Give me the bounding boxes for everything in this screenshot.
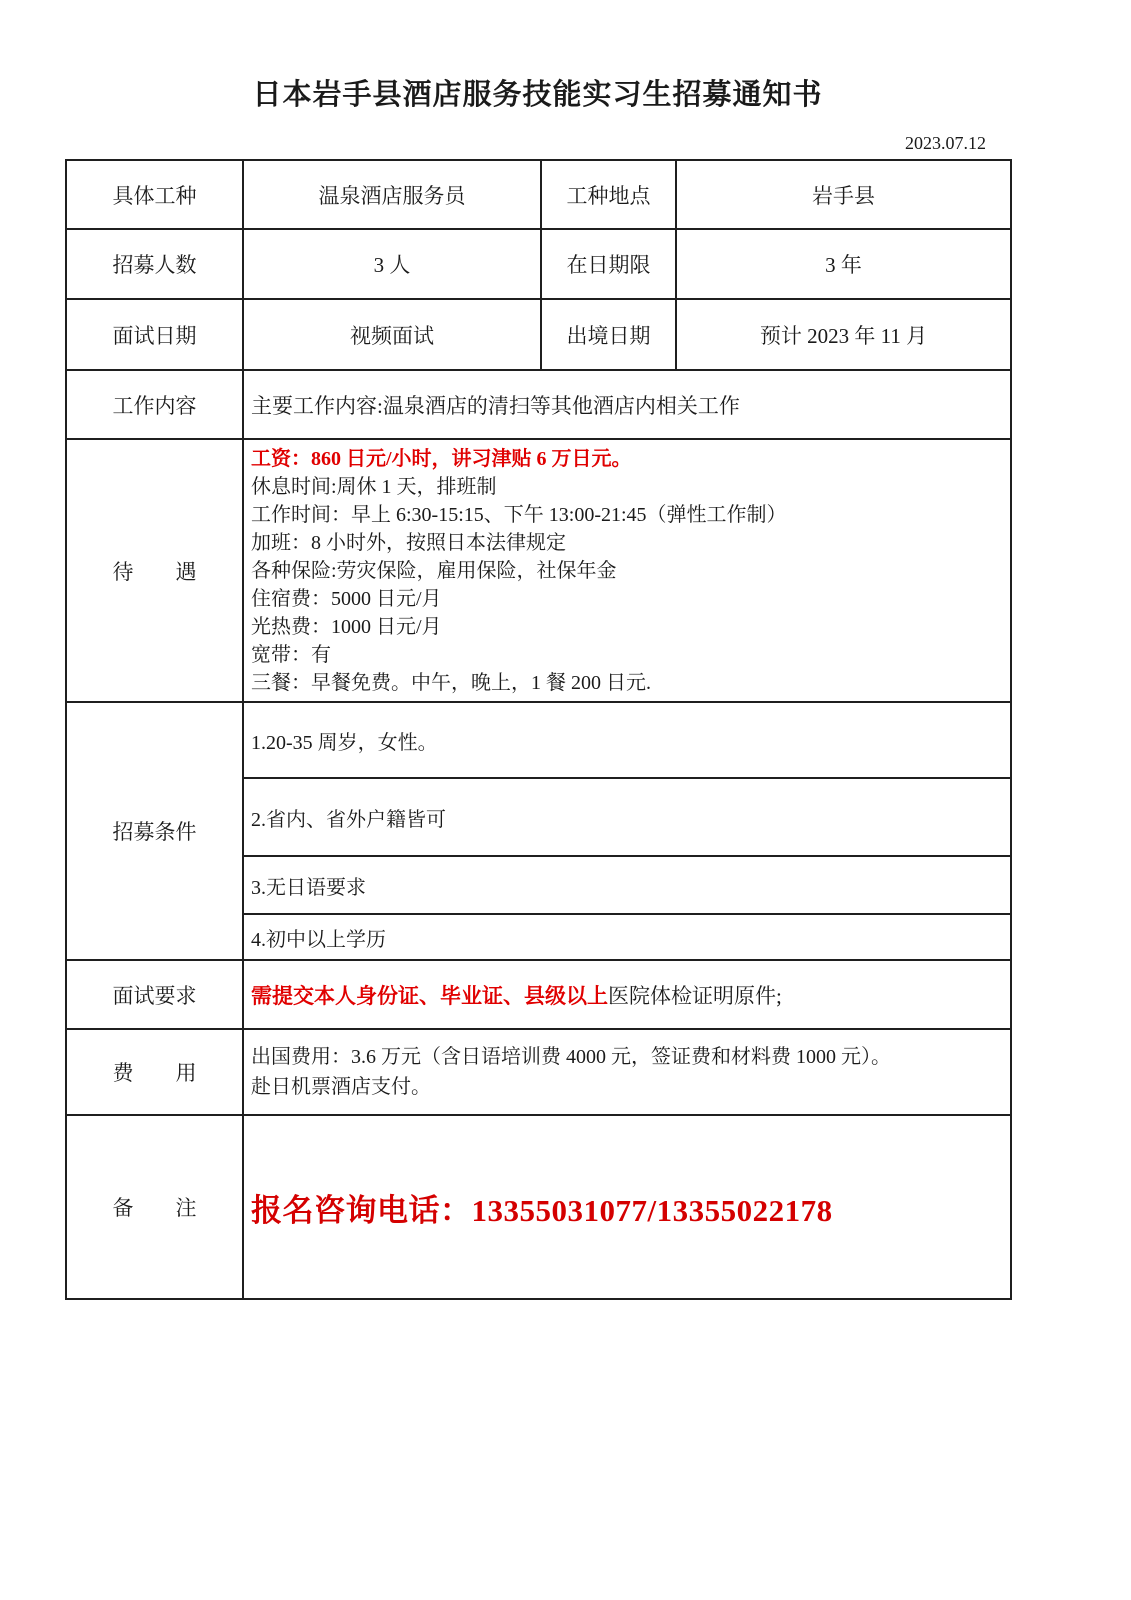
treatment-line: 工作时间：早上 6:30-15:15、下午 13:00-21:45（弹性工作制）	[251, 501, 1004, 529]
label-remarks: 备 注	[66, 1115, 243, 1299]
remarks-phone: 报名咨询电话：13355031077/13355022178	[251, 1185, 1004, 1230]
treatment-line: 各种保险:劳灾保险，雇用保险，社保年金	[251, 557, 1004, 585]
label-recruit-count: 招募人数	[66, 229, 243, 299]
label-stay-period: 在日期限	[541, 229, 676, 299]
treatment-cell: 工资：860 日元/小时，讲习津贴 6 万日元。 休息时间:周休 1 天，排班制…	[243, 439, 1011, 702]
document-content: 日本岩手县酒店服务技能实习生招募通知书 2023.07.12 具体工种 温泉酒店…	[65, 0, 1010, 1300]
value-stay-period: 3 年	[676, 229, 1011, 299]
document-page: 日本岩手县酒店服务技能实习生招募通知书 2023.07.12 具体工种 温泉酒店…	[0, 0, 1131, 1600]
page-title: 日本岩手县酒店服务技能实习生招募通知书	[65, 0, 1010, 113]
treatment-lines: 工资：860 日元/小时，讲习津贴 6 万日元。 休息时间:周休 1 天，排班制…	[251, 442, 1004, 699]
document-date: 2023.07.12	[65, 133, 1010, 154]
value-job-type: 温泉酒店服务员	[243, 160, 541, 229]
table-row: 招募人数 3 人 在日期限 3 年	[66, 229, 1011, 299]
label-fees: 费 用	[66, 1029, 243, 1115]
table-row: 具体工种 温泉酒店服务员 工种地点 岩手县	[66, 160, 1011, 229]
requirement-item: 3.无日语要求	[243, 856, 1011, 914]
fees-cell: 出国费用：3.6 万元（含日语培训费 4000 元，签证费和材料费 1000 元…	[243, 1029, 1011, 1115]
fees-line-1: 出国费用：3.6 万元（含日语培训费 4000 元，签证费和材料费 1000 元…	[251, 1042, 1004, 1072]
table-row: 工作内容 主要工作内容:温泉酒店的清扫等其他酒店内相关工作	[66, 370, 1011, 439]
interview-requirements-highlight: 需提交本人身份证、毕业证、县级以上	[251, 984, 608, 1008]
remarks-cell: 报名咨询电话：13355031077/13355022178	[243, 1115, 1011, 1299]
value-departure-date: 预计 2023 年 11 月	[676, 299, 1011, 370]
label-job-content: 工作内容	[66, 370, 243, 439]
label-departure-date: 出境日期	[541, 299, 676, 370]
requirement-item: 2.省内、省外户籍皆可	[243, 778, 1011, 856]
treatment-line: 休息时间:周休 1 天，排班制	[251, 473, 1004, 501]
requirement-item: 4.初中以上学历	[243, 914, 1011, 960]
treatment-line: 光热费：1000 日元/月	[251, 613, 1004, 641]
interview-requirements-rest: 医院体检证明原件;	[608, 984, 782, 1008]
label-job-type: 具体工种	[66, 160, 243, 229]
value-interview-date: 视频面试	[243, 299, 541, 370]
table-row: 待 遇 工资：860 日元/小时，讲习津贴 6 万日元。 休息时间:周休 1 天…	[66, 439, 1011, 702]
label-interview-requirements: 面试要求	[66, 960, 243, 1029]
treatment-line: 宽带：有	[251, 641, 1004, 669]
label-interview-date: 面试日期	[66, 299, 243, 370]
treatment-line: 住宿费：5000 日元/月	[251, 585, 1004, 613]
value-job-content: 主要工作内容:温泉酒店的清扫等其他酒店内相关工作	[243, 370, 1011, 439]
treatment-line: 加班：8 小时外，按照日本法律规定	[251, 529, 1004, 557]
table-row: 面试日期 视频面试 出境日期 预计 2023 年 11 月	[66, 299, 1011, 370]
fees-line-2: 赴日机票酒店支付。	[251, 1072, 1004, 1102]
table-row: 费 用 出国费用：3.6 万元（含日语培训费 4000 元，签证费和材料费 10…	[66, 1029, 1011, 1115]
treatment-line: 三餐：早餐免费。中午，晚上，1 餐 200 日元.	[251, 669, 1004, 697]
recruitment-table: 具体工种 温泉酒店服务员 工种地点 岩手县 招募人数 3 人 在日期限 3 年 …	[65, 159, 1012, 1300]
label-treatment: 待 遇	[66, 439, 243, 702]
label-job-location: 工种地点	[541, 160, 676, 229]
treatment-salary-highlight: 工资：860 日元/小时，讲习津贴 6 万日元。	[251, 445, 1004, 473]
value-job-location: 岩手县	[676, 160, 1011, 229]
interview-requirements-cell: 需提交本人身份证、毕业证、县级以上医院体检证明原件;	[243, 960, 1011, 1029]
requirement-item: 1.20-35 周岁，女性。	[243, 702, 1011, 778]
value-recruit-count: 3 人	[243, 229, 541, 299]
table-row: 面试要求 需提交本人身份证、毕业证、县级以上医院体检证明原件;	[66, 960, 1011, 1029]
table-row: 备 注 报名咨询电话：13355031077/13355022178	[66, 1115, 1011, 1299]
table-row: 招募条件 1.20-35 周岁，女性。	[66, 702, 1011, 778]
label-requirements: 招募条件	[66, 702, 243, 960]
